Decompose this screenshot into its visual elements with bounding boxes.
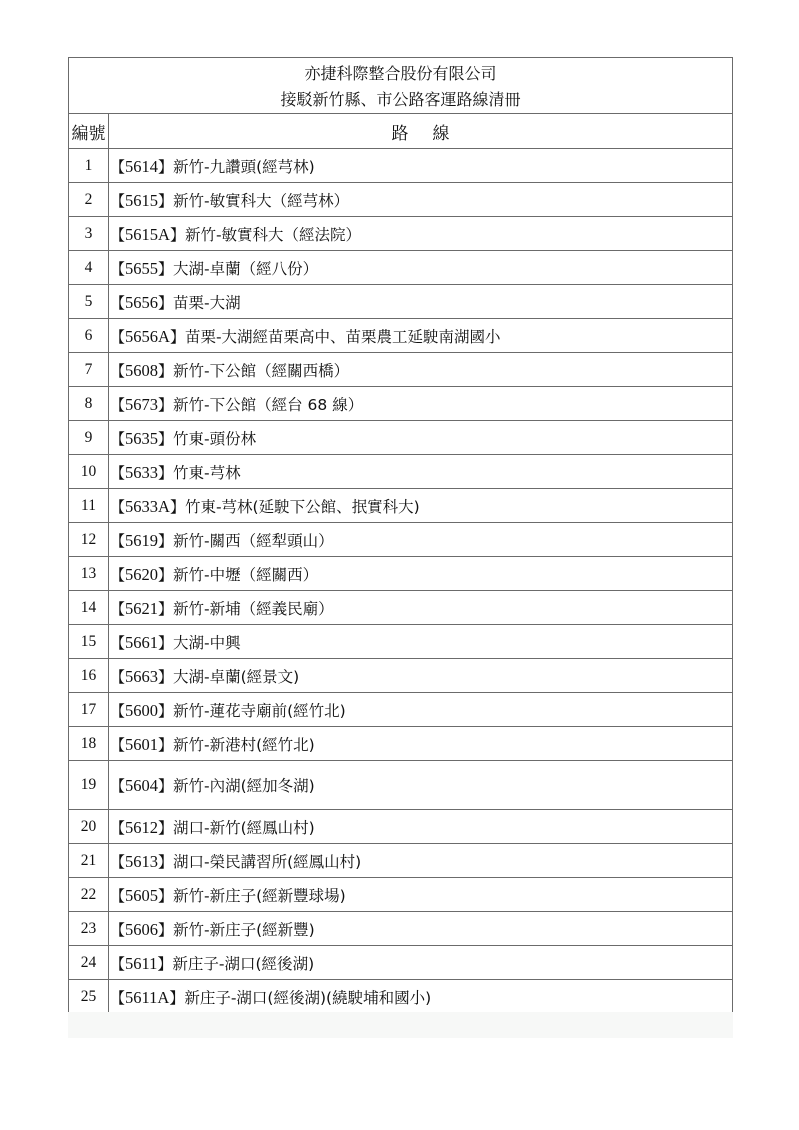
bracket-close: 】 — [170, 328, 185, 346]
bracket-open: 【 — [110, 853, 125, 871]
table-row: 19 【5604】新竹-內湖(經加冬湖) — [69, 761, 733, 810]
bracket-close: 】 — [158, 668, 173, 686]
route-cell: 【5661】大湖-中興 — [109, 625, 733, 659]
route-code: 5608 — [125, 361, 158, 380]
table-row: 7 【5608】新竹-下公館（經關西橋） — [69, 353, 733, 387]
route-code: 5661 — [125, 633, 158, 652]
bracket-open: 【 — [110, 702, 125, 720]
bracket-close: 】 — [158, 396, 173, 414]
route-name: 新竹-新埔（經義民廟） — [173, 600, 334, 618]
bracket-close: 】 — [158, 260, 173, 278]
route-name: 大湖-中興 — [173, 634, 241, 652]
route-code: 5612 — [125, 818, 158, 837]
table-row: 2 【5615】新竹-敏實科大（經芎林） — [69, 183, 733, 217]
route-number: 20 — [69, 810, 109, 844]
route-list-document: 亦捷科際整合股份有限公司 接駁新竹縣、市公路客運路線清冊 編號 路線 1 【56… — [68, 57, 733, 1014]
route-name: 新竹-關西（經犁頭山） — [173, 532, 334, 550]
bracket-close: 】 — [157, 955, 172, 973]
table-row: 12 【5619】新竹-關西（經犁頭山） — [69, 523, 733, 557]
route-number: 10 — [69, 455, 109, 489]
route-name: 苗栗-大湖 — [173, 294, 241, 312]
route-code: 5633A — [125, 497, 170, 516]
table-row: 9 【5635】竹東-頭份林 — [69, 421, 733, 455]
route-cell: 【5608】新竹-下公館（經關西橋） — [109, 353, 733, 387]
title-row: 亦捷科際整合股份有限公司 接駁新竹縣、市公路客運路線清冊 — [69, 58, 733, 114]
route-name: 新竹-敏實科大（經法院） — [185, 226, 361, 244]
bracket-open: 【 — [110, 989, 125, 1007]
route-code: 5673 — [125, 395, 158, 414]
route-name: 大湖-卓蘭（經八份） — [173, 260, 318, 278]
route-name: 新竹-蓮花寺廟前(經竹北) — [173, 702, 346, 720]
bracket-open: 【 — [110, 192, 125, 210]
table-row: 21 【5613】湖口-榮民講習所(經鳳山村) — [69, 844, 733, 878]
route-cell: 【5655】大湖-卓蘭（經八份） — [109, 251, 733, 285]
bracket-close: 】 — [158, 192, 173, 210]
route-cell: 【5604】新竹-內湖(經加冬湖) — [109, 761, 733, 810]
bracket-open: 【 — [110, 887, 125, 905]
route-name: 新庄子-湖口(經後湖) — [172, 955, 314, 973]
route-number: 4 — [69, 251, 109, 285]
route-number: 9 — [69, 421, 109, 455]
bracket-close: 】 — [158, 430, 173, 448]
table-row: 14 【5621】新竹-新埔（經義民廟） — [69, 591, 733, 625]
bracket-close: 】 — [158, 777, 173, 795]
route-cell: 【5673】新竹-下公館（經台 68 線） — [109, 387, 733, 421]
route-number: 25 — [69, 980, 109, 1014]
table-row: 15 【5661】大湖-中興 — [69, 625, 733, 659]
route-name: 湖口-榮民講習所(經鳳山村) — [173, 853, 361, 871]
table-row: 10 【5633】竹東-芎林 — [69, 455, 733, 489]
route-name: 新竹-新港村(經竹北) — [173, 736, 315, 754]
bracket-open: 【 — [110, 260, 125, 278]
table-row: 16 【5663】大湖-卓蘭(經景文) — [69, 659, 733, 693]
route-number: 22 — [69, 878, 109, 912]
route-name: 竹東-頭份林 — [173, 430, 256, 448]
route-number: 21 — [69, 844, 109, 878]
route-number: 3 — [69, 217, 109, 251]
column-header-row: 編號 路線 — [69, 114, 733, 149]
table-row: 23 【5606】新竹-新庄子(經新豐) — [69, 912, 733, 946]
bracket-open: 【 — [110, 328, 125, 346]
table-row: 22 【5605】新竹-新庄子(經新豐球場) — [69, 878, 733, 912]
route-number: 5 — [69, 285, 109, 319]
route-number: 13 — [69, 557, 109, 591]
bracket-open: 【 — [110, 464, 125, 482]
table-row: 3 【5615A】新竹-敏實科大（經法院） — [69, 217, 733, 251]
route-number: 7 — [69, 353, 109, 387]
route-code: 5613 — [125, 852, 158, 871]
bracket-open: 【 — [110, 226, 125, 244]
route-cell: 【5620】新竹-中壢（經關西） — [109, 557, 733, 591]
bracket-close: 】 — [158, 634, 173, 652]
table-row: 18 【5601】新竹-新港村(經竹北) — [69, 727, 733, 761]
route-code: 5633 — [125, 463, 158, 482]
bracket-close: 】 — [158, 819, 173, 837]
bracket-close: 】 — [158, 853, 173, 871]
route-rows: 1 【5614】新竹-九讚頭(經芎林) 2 【5615】新竹-敏實科大（經芎林）… — [69, 149, 733, 1014]
route-code: 5604 — [125, 776, 158, 795]
route-name: 新竹-下公館（經台 68 線） — [173, 396, 363, 414]
route-cell: 【5656A】苗栗-大湖經苗栗高中、苗栗農工延駛南湖國小 — [109, 319, 733, 353]
table-row: 6 【5656A】苗栗-大湖經苗栗高中、苗栗農工延駛南湖國小 — [69, 319, 733, 353]
route-number: 17 — [69, 693, 109, 727]
route-name: 新竹-下公館（經關西橋） — [173, 362, 349, 380]
table-row: 24 【5611】新庄子-湖口(經後湖) — [69, 946, 733, 980]
bracket-open: 【 — [110, 566, 125, 584]
bracket-close: 】 — [170, 226, 185, 244]
bracket-open: 【 — [110, 158, 125, 176]
bracket-close: 】 — [170, 498, 185, 516]
route-code: 5614 — [125, 157, 158, 176]
route-table: 亦捷科際整合股份有限公司 接駁新竹縣、市公路客運路線清冊 編號 路線 1 【56… — [68, 57, 733, 1014]
page-footer-shadow — [68, 1012, 733, 1038]
route-cell: 【5635】竹東-頭份林 — [109, 421, 733, 455]
bracket-open: 【 — [110, 668, 125, 686]
route-number: 11 — [69, 489, 109, 523]
route-number: 14 — [69, 591, 109, 625]
route-cell: 【5663】大湖-卓蘭(經景文) — [109, 659, 733, 693]
column-header-number: 編號 — [69, 114, 109, 149]
route-number: 12 — [69, 523, 109, 557]
route-number: 24 — [69, 946, 109, 980]
route-number: 2 — [69, 183, 109, 217]
bracket-close: 】 — [158, 702, 173, 720]
route-cell: 【5611A】新庄子-湖口(經後湖)(繞駛埔和國小) — [109, 980, 733, 1014]
route-number: 19 — [69, 761, 109, 810]
route-code: 5655 — [125, 259, 158, 278]
route-name: 湖口-新竹(經鳳山村) — [173, 819, 315, 837]
document-title: 接駁新竹縣、市公路客運路線清冊 — [69, 86, 732, 112]
route-cell: 【5600】新竹-蓮花寺廟前(經竹北) — [109, 693, 733, 727]
route-name: 新竹-中壢（經關西） — [173, 566, 318, 584]
route-code: 5611 — [125, 954, 157, 973]
route-name: 新竹-新庄子(經新豐) — [173, 921, 315, 939]
route-code: 5656A — [125, 327, 170, 346]
table-row: 4 【5655】大湖-卓蘭（經八份） — [69, 251, 733, 285]
route-cell: 【5611】新庄子-湖口(經後湖) — [109, 946, 733, 980]
route-name: 新竹-內湖(經加冬湖) — [173, 777, 315, 795]
bracket-close: 】 — [158, 600, 173, 618]
bracket-open: 【 — [110, 498, 125, 516]
route-number: 1 — [69, 149, 109, 183]
route-cell: 【5615A】新竹-敏實科大（經法院） — [109, 217, 733, 251]
route-number: 8 — [69, 387, 109, 421]
route-code: 5663 — [125, 667, 158, 686]
route-name: 新竹-敏實科大（經芎林） — [173, 192, 349, 210]
bracket-open: 【 — [110, 600, 125, 618]
route-cell: 【5633】竹東-芎林 — [109, 455, 733, 489]
table-row: 20 【5612】湖口-新竹(經鳳山村) — [69, 810, 733, 844]
route-name: 苗栗-大湖經苗栗高中、苗栗農工延駛南湖國小 — [185, 328, 501, 346]
bracket-open: 【 — [110, 430, 125, 448]
table-row: 5 【5656】苗栗-大湖 — [69, 285, 733, 319]
route-code: 5605 — [125, 886, 158, 905]
route-cell: 【5614】新竹-九讚頭(經芎林) — [109, 149, 733, 183]
route-code: 5611A — [125, 988, 169, 1007]
route-code: 5600 — [125, 701, 158, 720]
route-number: 23 — [69, 912, 109, 946]
route-number: 6 — [69, 319, 109, 353]
bracket-close: 】 — [158, 921, 173, 939]
table-row: 25 【5611A】新庄子-湖口(經後湖)(繞駛埔和國小) — [69, 980, 733, 1014]
route-name: 新竹-九讚頭(經芎林) — [173, 158, 315, 176]
route-cell: 【5613】湖口-榮民講習所(經鳳山村) — [109, 844, 733, 878]
route-name: 新庄子-湖口(經後湖)(繞駛埔和國小) — [184, 989, 431, 1007]
route-code: 5606 — [125, 920, 158, 939]
bracket-close: 】 — [158, 464, 173, 482]
route-cell: 【5621】新竹-新埔（經義民廟） — [109, 591, 733, 625]
column-header-route: 路線 — [109, 114, 733, 149]
route-cell: 【5606】新竹-新庄子(經新豐) — [109, 912, 733, 946]
route-cell: 【5656】苗栗-大湖 — [109, 285, 733, 319]
table-row: 11 【5633A】竹東-芎林(延駛下公館、抿實科大) — [69, 489, 733, 523]
bracket-open: 【 — [110, 532, 125, 550]
table-row: 1 【5614】新竹-九讚頭(經芎林) — [69, 149, 733, 183]
route-name: 大湖-卓蘭(經景文) — [173, 668, 299, 686]
bracket-open: 【 — [110, 634, 125, 652]
route-code: 5635 — [125, 429, 158, 448]
bracket-open: 【 — [110, 777, 125, 795]
route-cell: 【5619】新竹-關西（經犁頭山） — [109, 523, 733, 557]
route-code: 5621 — [125, 599, 158, 618]
route-cell: 【5615】新竹-敏實科大（經芎林） — [109, 183, 733, 217]
route-name: 竹東-芎林 — [173, 464, 241, 482]
bracket-open: 【 — [110, 362, 125, 380]
bracket-close: 】 — [158, 532, 173, 550]
bracket-open: 【 — [110, 955, 125, 973]
bracket-open: 【 — [110, 396, 125, 414]
bracket-open: 【 — [110, 294, 125, 312]
route-code: 5620 — [125, 565, 158, 584]
bracket-close: 】 — [158, 736, 173, 754]
route-number: 16 — [69, 659, 109, 693]
table-row: 13 【5620】新竹-中壢（經關西） — [69, 557, 733, 591]
route-code: 5615 — [125, 191, 158, 210]
route-code: 5601 — [125, 735, 158, 754]
bracket-close: 】 — [158, 294, 173, 312]
route-code: 5615A — [125, 225, 170, 244]
bracket-close: 】 — [158, 362, 173, 380]
bracket-open: 【 — [110, 736, 125, 754]
route-code: 5619 — [125, 531, 158, 550]
table-row: 8 【5673】新竹-下公館（經台 68 線） — [69, 387, 733, 421]
bracket-close: 】 — [158, 887, 173, 905]
route-name: 竹東-芎林(延駛下公館、抿實科大) — [185, 498, 420, 516]
bracket-open: 【 — [110, 921, 125, 939]
bracket-close: 】 — [169, 989, 184, 1007]
route-name: 新竹-新庄子(經新豐球場) — [173, 887, 346, 905]
route-number: 15 — [69, 625, 109, 659]
bracket-open: 【 — [110, 819, 125, 837]
company-name: 亦捷科際整合股份有限公司 — [69, 60, 732, 86]
bracket-close: 】 — [158, 158, 173, 176]
route-cell: 【5633A】竹東-芎林(延駛下公館、抿實科大) — [109, 489, 733, 523]
route-cell: 【5612】湖口-新竹(經鳳山村) — [109, 810, 733, 844]
route-code: 5656 — [125, 293, 158, 312]
route-cell: 【5601】新竹-新港村(經竹北) — [109, 727, 733, 761]
route-cell: 【5605】新竹-新庄子(經新豐球場) — [109, 878, 733, 912]
title-cell: 亦捷科際整合股份有限公司 接駁新竹縣、市公路客運路線清冊 — [69, 58, 733, 114]
route-number: 18 — [69, 727, 109, 761]
table-row: 17 【5600】新竹-蓮花寺廟前(經竹北) — [69, 693, 733, 727]
bracket-close: 】 — [158, 566, 173, 584]
